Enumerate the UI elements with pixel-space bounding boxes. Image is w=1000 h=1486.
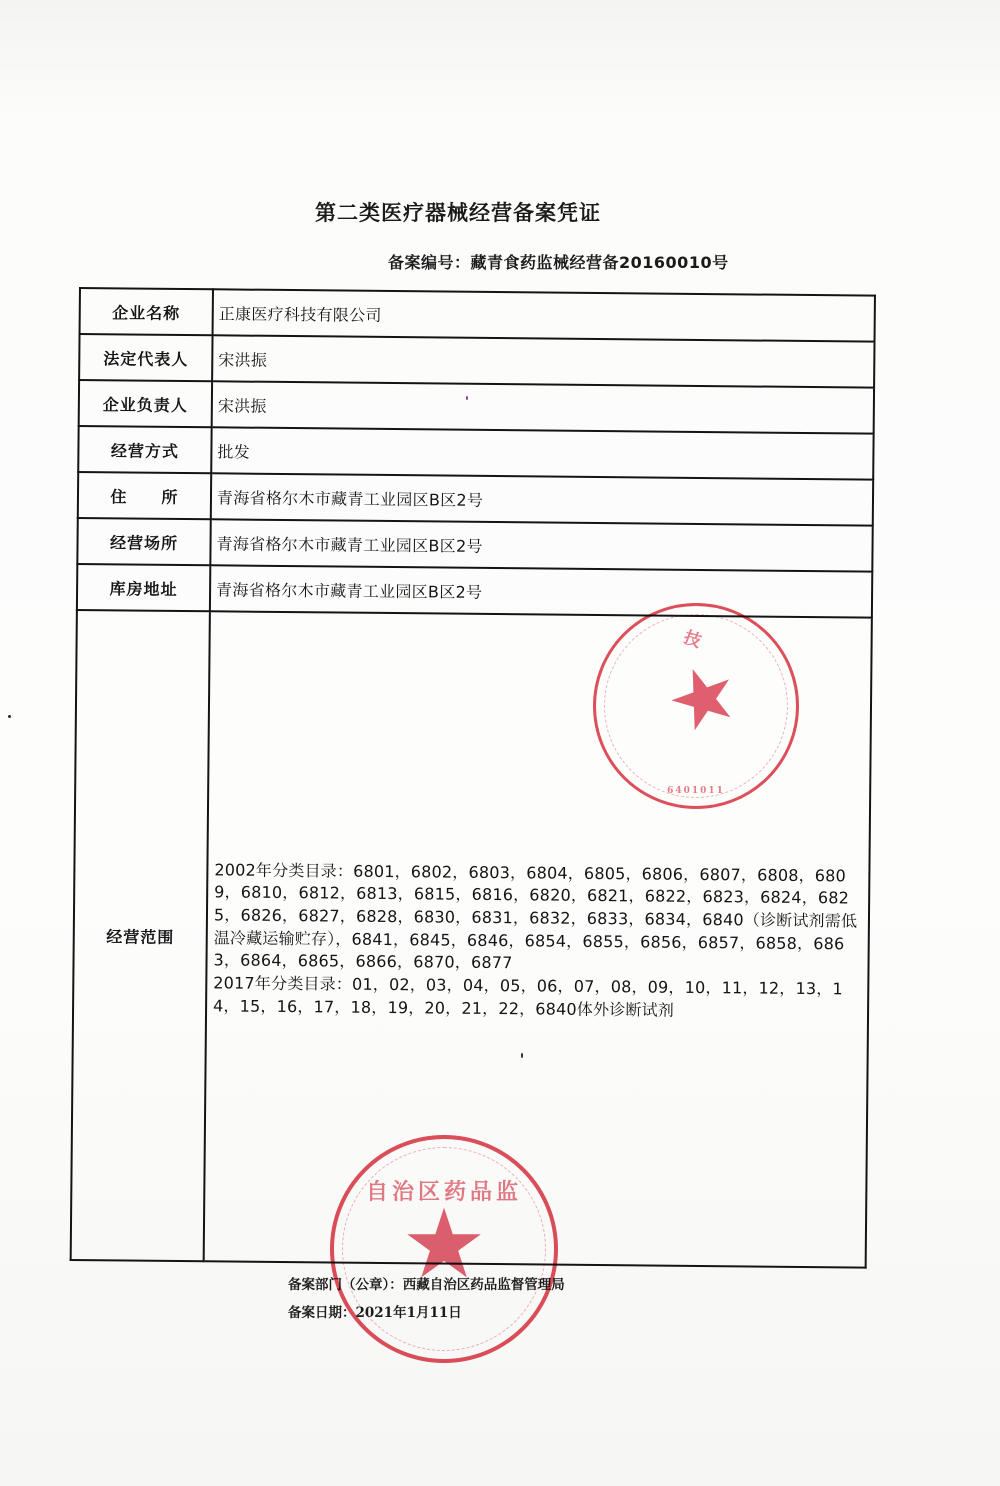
table-row-warehouse-address: 库房地址 青海省格尔木市藏青工业园区B区2号: [77, 564, 872, 618]
business-scope-value: 2002年分类目录：6801，6802，6803，6804，6805，6806，…: [204, 611, 872, 1267]
department-value: 西藏自治区药品监督管理局: [403, 1277, 565, 1293]
scan-speck: [466, 396, 468, 400]
filing-date: 备案日期：2021年1月11日: [288, 1301, 462, 1321]
filing-department: 备案部门（公章）：西藏自治区药品监督管理局: [288, 1273, 565, 1293]
document-title: 第二类医疗器械经营备案凭证: [315, 197, 715, 227]
catalog-2002: 2002年分类目录：6801，6802，6803，6804，6805，6806，…: [213, 859, 862, 979]
scan-speck: [8, 715, 11, 718]
date-value: 2021年1月11日: [356, 1305, 462, 1321]
row-value: 正康医疗科技有限公司: [213, 289, 875, 341]
table-row-domicile: 住 所 青海省格尔木市藏青工业园区B区2号: [78, 472, 873, 526]
row-label: 企业负责人: [79, 380, 212, 427]
catalog-2017: 2017年分类目录：01，02，03，04，05，06，07，08，09，10，…: [213, 972, 861, 1024]
record-table: 企业名称 正康医疗科技有限公司 法定代表人 宋洪振 企业负责人 宋洪振 经营方式…: [70, 287, 876, 1269]
registration-label: 备案编号：: [388, 253, 471, 272]
row-value: 青海省格尔木市藏青工业园区B区2号: [210, 565, 872, 617]
row-value: 青海省格尔木市藏青工业园区B区2号: [210, 519, 872, 571]
date-label: 备案日期：: [288, 1305, 356, 1321]
registration-value: 藏青食药监械经营备20160010号: [471, 253, 729, 272]
table-row-business-premises: 经营场所 青海省格尔木市藏青工业园区B区2号: [77, 518, 872, 572]
record-table-container: 企业名称 正康医疗科技有限公司 法定代表人 宋洪振 企业负责人 宋洪振 经营方式…: [70, 287, 876, 1269]
row-label: 库房地址: [77, 564, 210, 611]
table-row-legal-representative: 法定代表人 宋洪振: [79, 334, 874, 388]
row-label: 住 所: [78, 472, 211, 519]
row-value: 青海省格尔木市藏青工业园区B区2号: [211, 473, 873, 525]
department-label: 备案部门（公章）：: [288, 1277, 403, 1293]
scan-speck: [521, 1053, 523, 1058]
table-row-enterprise-head: 企业负责人 宋洪振: [79, 380, 874, 434]
row-label: 经营场所: [77, 518, 210, 565]
registration-number: 备案编号：藏青食药监械经营备20160010号: [388, 250, 729, 273]
row-label: 经营方式: [78, 426, 211, 473]
row-label: 经营范围: [71, 610, 210, 1261]
table-row-company-name: 企业名称 正康医疗科技有限公司: [80, 288, 875, 342]
table-row-business-scope: 经营范围 2002年分类目录：6801，6802，6803，6804，6805，…: [71, 610, 872, 1268]
row-label: 法定代表人: [79, 334, 212, 381]
table-row-business-mode: 经营方式 批发: [78, 426, 873, 480]
row-value: 宋洪振: [212, 381, 874, 433]
row-value: 批发: [211, 427, 873, 479]
row-value: 宋洪振: [212, 335, 874, 387]
row-label: 企业名称: [80, 288, 213, 335]
